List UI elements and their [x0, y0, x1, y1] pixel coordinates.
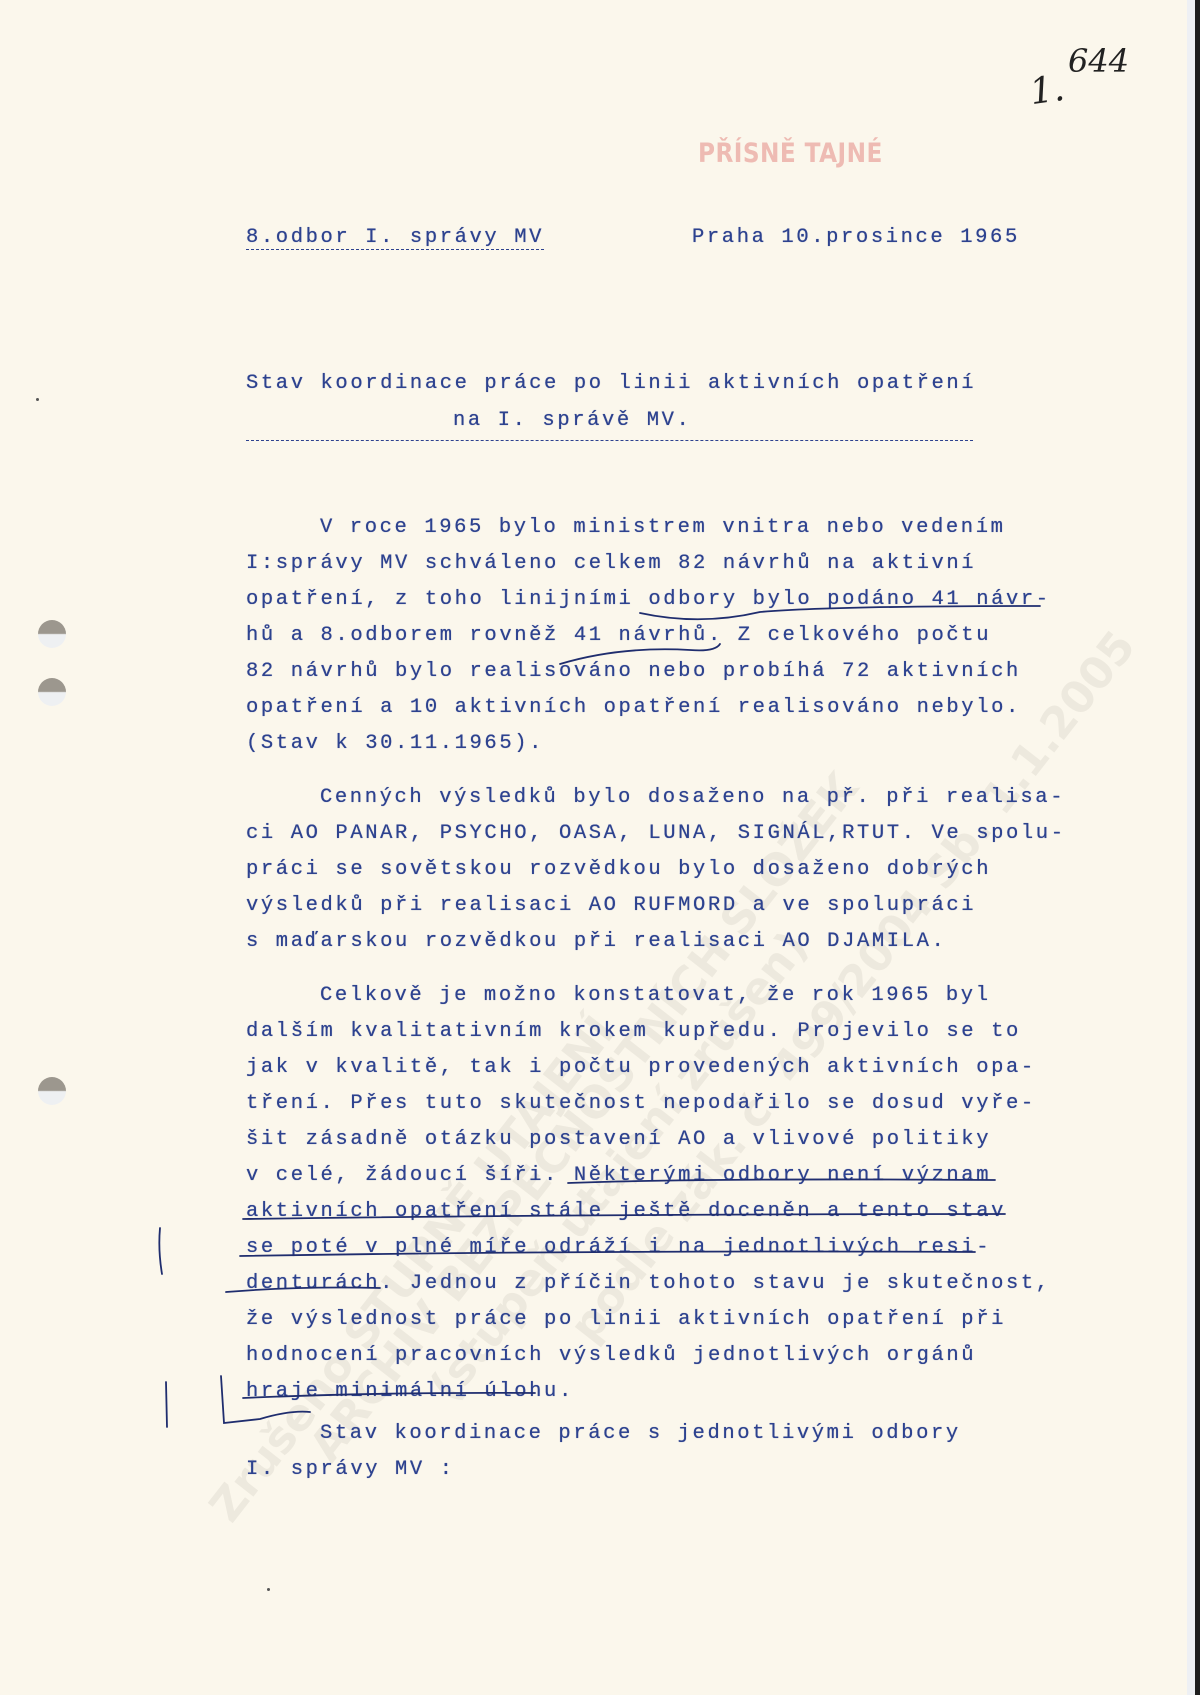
pen-annotations	[0, 0, 1200, 1695]
scan-speck	[36, 398, 39, 401]
scan-speck	[267, 1588, 270, 1591]
